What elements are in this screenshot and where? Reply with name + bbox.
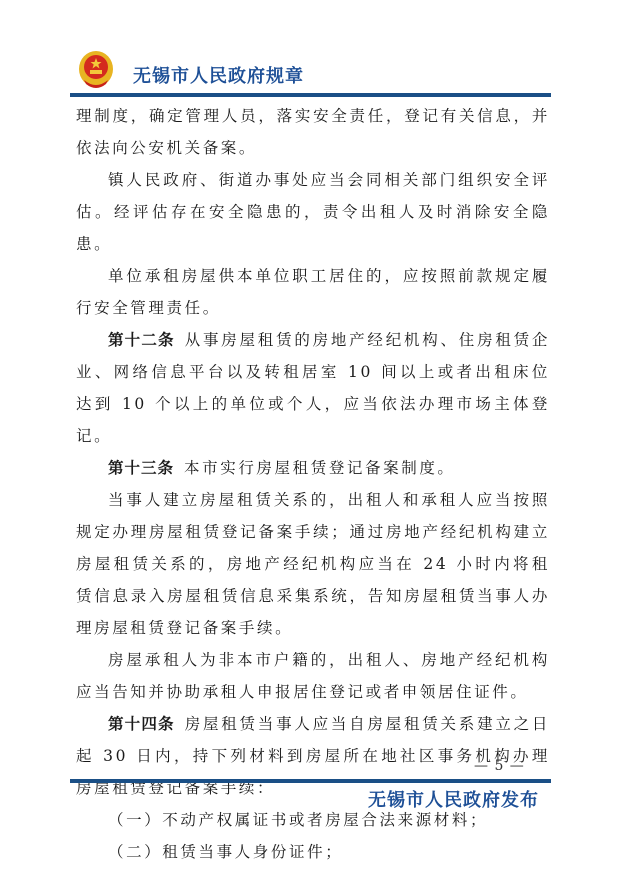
document-header: 无锡市人民政府规章: [70, 48, 551, 98]
paragraph: 理制度，确定管理人员，落实安全责任，登记有关信息，并依法向公安机关备案。: [76, 100, 550, 164]
page-number: — 5 —: [474, 758, 525, 774]
paragraph: 房屋承租人为非本市户籍的，出租人、房地产经纪机构应当告知并协助承租人申报居住登记…: [76, 644, 550, 708]
document-body: 理制度，确定管理人员，落实安全责任，登记有关信息，并依法向公安机关备案。 镇人民…: [76, 100, 550, 868]
article-number: 第十二条: [108, 331, 175, 349]
footer-publisher: 无锡市人民政府发布: [368, 786, 539, 812]
article-12: 第十二条从事房屋租赁的房地产经纪机构、住房租赁企业、网络信息平台以及转租居室 1…: [76, 324, 550, 452]
article-number: 第十四条: [108, 715, 175, 733]
header-title: 无锡市人民政府规章: [133, 62, 304, 88]
header-divider: [70, 93, 551, 97]
paragraph: 镇人民政府、街道办事处应当会同相关部门组织安全评估。经评估存在安全隐患的，责令出…: [76, 164, 550, 260]
paragraph: 单位承租房屋供本单位职工居住的，应按照前款规定履行安全管理责任。: [76, 260, 550, 324]
article-13: 第十三条本市实行房屋租赁登记备案制度。: [76, 452, 550, 484]
article-number: 第十三条: [108, 459, 174, 477]
footer-divider: [70, 779, 551, 783]
national-emblem-icon: [78, 50, 114, 90]
paragraph: 当事人建立房屋租赁关系的，出租人和承租人应当按照规定办理房屋租赁登记备案手续；通…: [76, 484, 550, 644]
article-text: 本市实行房屋租赁登记备案制度。: [184, 459, 456, 477]
list-item: （二）租赁当事人身份证件；: [76, 836, 550, 868]
